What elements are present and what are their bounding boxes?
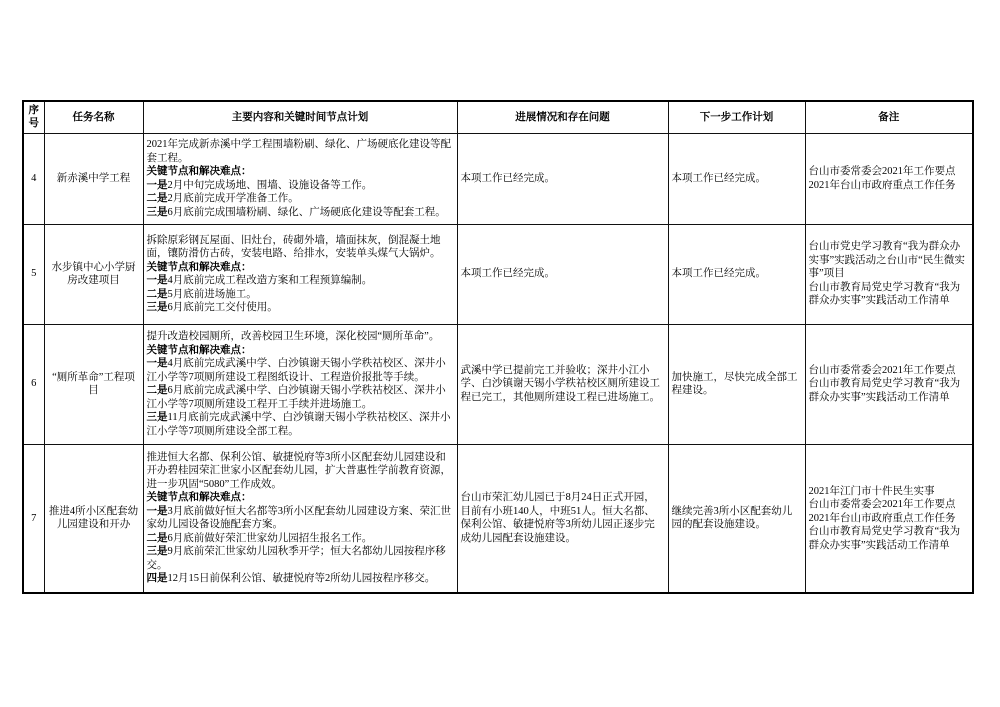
column-header-no: 序号 <box>23 101 44 133</box>
cell-no: 6 <box>23 324 44 444</box>
cell-content: 提升改造校园厕所，改善校园卫生环境，深化校园“厕所革命”。关键节点和解决难点：一… <box>143 324 457 444</box>
cell-next: 加快施工，尽快完成全部工程建设。 <box>668 324 805 444</box>
table-row: 6“厕所革命”工程项目提升改造校园厕所，改善校园卫生环境，深化校园“厕所革命”。… <box>23 324 973 444</box>
remark-line: 2021年台山市政府重点工作任务 <box>809 179 970 193</box>
cell-progress: 本项工作已经完成。 <box>457 133 668 224</box>
column-header-remarks: 备注 <box>805 101 973 133</box>
cell-next: 本项工作已经完成。 <box>668 224 805 324</box>
content-paragraph: 一是4月底前完成工程改造方案和工程预算编制。 <box>147 274 454 288</box>
content-paragraph: 三是9月底前荣汇世家幼儿园秋季开学；恒大名都幼儿园按程序移交。 <box>147 545 454 572</box>
table-header: 序号 任务名称 主要内容和关键时间节点计划 进展情况和存在问题 下一步工作计划 … <box>23 101 973 133</box>
cell-remarks: 台山市委常委会2021年工作要点台山市教育局党史学习教育“我为群众办实事”实践活… <box>805 324 973 444</box>
cell-task: 水步镇中心小学厨房改建项目 <box>44 224 143 324</box>
content-paragraph: 关键节点和解决难点： <box>147 491 454 505</box>
cell-no: 5 <box>23 224 44 324</box>
cell-content: 推进恒大名都、保利公馆、敏捷悦府等3所小区配套幼儿园建设和开办碧桂园荣汇世家小区… <box>143 444 457 593</box>
column-header-progress: 进展情况和存在问题 <box>457 101 668 133</box>
table-row: 4新赤溪中学工程2021年完成新赤溪中学工程围墙粉刷、绿化、广场硬底化建设等配套… <box>23 133 973 224</box>
content-paragraph: 三是6月底前完成围墙粉刷、绿化、广场硬底化建设等配套工程。 <box>147 206 454 220</box>
cell-content: 2021年完成新赤溪中学工程围墙粉刷、绿化、广场硬底化建设等配套工程。关键节点和… <box>143 133 457 224</box>
cell-task: “厕所革命”工程项目 <box>44 324 143 444</box>
cell-task: 推进4所小区配套幼儿园建设和开办 <box>44 444 143 593</box>
content-paragraph: 三是11月底前完成武溪中学、白沙镇谢天锡小学秩祜校区、深井小江小学等7项厕所建设… <box>147 411 454 438</box>
content-paragraph: 关键节点和解决难点： <box>147 261 454 275</box>
remark-line: 2021年江门市十件民生实事 <box>809 485 970 499</box>
cell-task: 新赤溪中学工程 <box>44 133 143 224</box>
remark-line: 台山市教育局党史学习教育“我为群众办实事”实践活动工作清单 <box>809 377 970 404</box>
cell-no: 4 <box>23 133 44 224</box>
cell-content: 拆除原彩钢瓦屋面、旧灶台，砖砌外墙，墙面抹灰，倒混凝土地面，镶防滑仿古砖，安装电… <box>143 224 457 324</box>
remark-line: 台山市委常委会2021年工作要点 <box>809 364 970 378</box>
cell-next: 本项工作已经完成。 <box>668 133 805 224</box>
content-paragraph: 一是4月底前完成武溪中学、白沙镇谢天锡小学秩祜校区、深井小江小学等7项厕所建设工… <box>147 357 454 384</box>
cell-progress: 武溪中学已提前完工并验收；深井小江小学、白沙镇谢天锡小学秩祜校区厕所建设工程已完… <box>457 324 668 444</box>
remark-line: 台山市教育局党史学习教育“我为群众办实事”实践活动工作清单 <box>809 525 970 552</box>
cell-no: 7 <box>23 444 44 593</box>
header-row: 序号 任务名称 主要内容和关键时间节点计划 进展情况和存在问题 下一步工作计划 … <box>23 101 973 133</box>
content-paragraph: 二是2月底前完成开学准备工作。 <box>147 192 454 206</box>
table-row: 5水步镇中心小学厨房改建项目拆除原彩钢瓦屋面、旧灶台，砖砌外墙，墙面抹灰，倒混凝… <box>23 224 973 324</box>
cell-next: 继续完善3所小区配套幼儿园的配套设施建设。 <box>668 444 805 593</box>
remark-line: 台山市党史学习教育“我为群众办实事”实践活动之台山市“民生微实事”项目 <box>809 240 970 281</box>
remark-line: 2021年台山市政府重点工作任务 <box>809 512 970 526</box>
remark-line: 台山市委常委会2021年工作要点 <box>809 498 970 512</box>
cell-remarks: 2021年江门市十件民生实事台山市委常委会2021年工作要点2021年台山市政府… <box>805 444 973 593</box>
column-header-content: 主要内容和关键时间节点计划 <box>143 101 457 133</box>
content-paragraph: 关键节点和解决难点： <box>147 344 454 358</box>
content-paragraph: 二是6月底前做好荣汇世家幼儿园招生报名工作。 <box>147 532 454 546</box>
content-paragraph: 一是2月中旬完成场地、围墙、设施设备等工作。 <box>147 179 454 193</box>
work-plan-table: 序号 任务名称 主要内容和关键时间节点计划 进展情况和存在问题 下一步工作计划 … <box>22 100 974 594</box>
cell-remarks: 台山市党史学习教育“我为群众办实事”实践活动之台山市“民生微实事”项目台山市教育… <box>805 224 973 324</box>
remark-line: 台山市教育局党史学习教育“我为群众办实事”实践活动工作清单 <box>809 281 970 308</box>
table-body: 4新赤溪中学工程2021年完成新赤溪中学工程围墙粉刷、绿化、广场硬底化建设等配套… <box>23 133 973 593</box>
column-header-task: 任务名称 <box>44 101 143 133</box>
content-paragraph: 推进恒大名都、保利公馆、敏捷悦府等3所小区配套幼儿园建设和开办碧桂园荣汇世家小区… <box>147 451 454 492</box>
cell-progress: 台山市荣汇幼儿园已于8月24日正式开园，目前有小班140人，中班51人。恒大名都… <box>457 444 668 593</box>
cell-progress: 本项工作已经完成。 <box>457 224 668 324</box>
cell-remarks: 台山市委常委会2021年工作要点2021年台山市政府重点工作任务 <box>805 133 973 224</box>
content-paragraph: 提升改造校园厕所，改善校园卫生环境，深化校园“厕所革命”。 <box>147 330 454 344</box>
column-header-next: 下一步工作计划 <box>668 101 805 133</box>
remark-line: 台山市委常委会2021年工作要点 <box>809 165 970 179</box>
table-row: 7推进4所小区配套幼儿园建设和开办推进恒大名都、保利公馆、敏捷悦府等3所小区配套… <box>23 444 973 593</box>
content-paragraph: 三是6月底前完工交付使用。 <box>147 301 454 315</box>
content-paragraph: 2021年完成新赤溪中学工程围墙粉刷、绿化、广场硬底化建设等配套工程。 <box>147 138 454 165</box>
content-paragraph: 关键节点和解决难点： <box>147 165 454 179</box>
content-paragraph: 二是5月底前进场施工。 <box>147 288 454 302</box>
document-page: 序号 任务名称 主要内容和关键时间节点计划 进展情况和存在问题 下一步工作计划 … <box>0 0 1000 707</box>
content-paragraph: 二是6月底前完成武溪中学、白沙镇谢天锡小学秩祜校区、深井小江小学等7项厕所建设工… <box>147 384 454 411</box>
content-paragraph: 一是3月底前做好恒大名都等3所小区配套幼儿园建设方案、荣汇世家幼儿园设备设施配套… <box>147 505 454 532</box>
content-paragraph: 拆除原彩钢瓦屋面、旧灶台，砖砌外墙，墙面抹灰，倒混凝土地面，镶防滑仿古砖，安装电… <box>147 234 454 261</box>
content-paragraph: 四是12月15日前保利公馆、敏捷悦府等2所幼儿园按程序移交。 <box>147 572 454 586</box>
